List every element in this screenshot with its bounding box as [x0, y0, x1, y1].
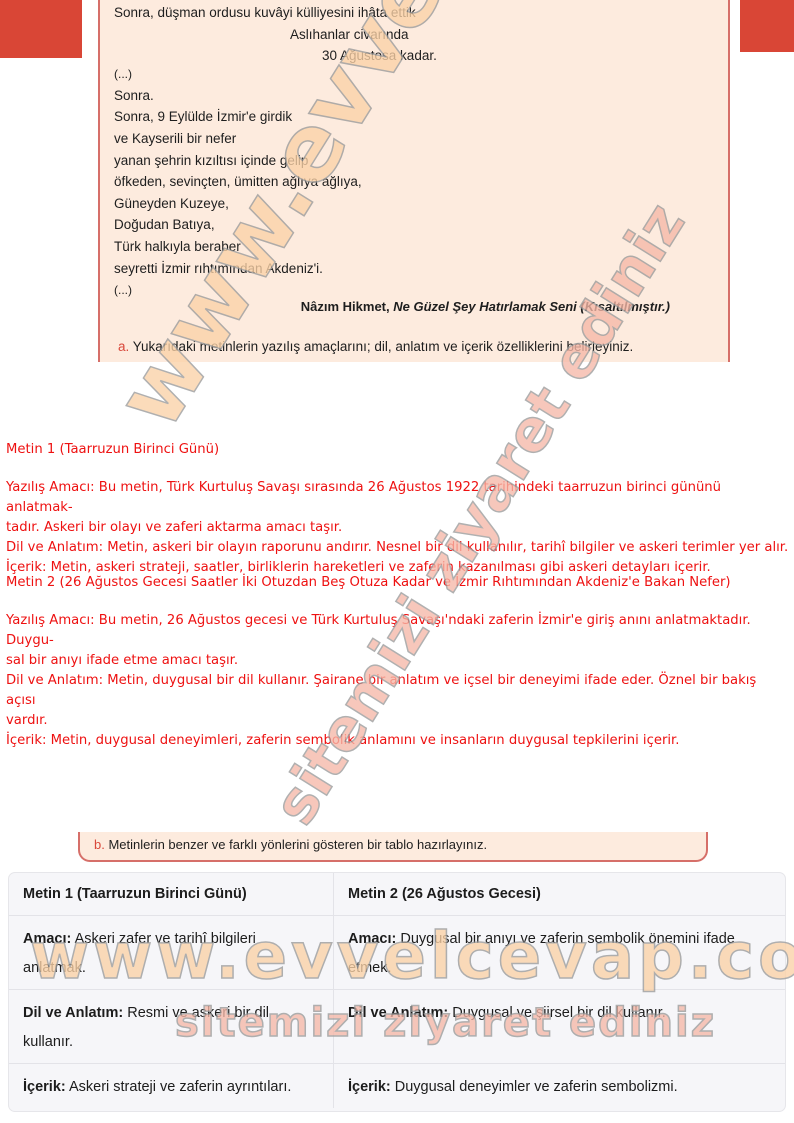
answer-metin1: Metin 1 (Taarruzun Birinci Günü) Yazılış…	[6, 440, 790, 578]
answer-heading: Metin 1 (Taarruzun Birinci Günü)	[6, 440, 790, 460]
cell-label: İçerik:	[23, 1079, 66, 1095]
cell-label: İçerik:	[348, 1079, 391, 1095]
column-header: Metin 1 (Taarruzun Birinci Günü)	[9, 873, 334, 916]
task-text: Yukarıdaki metinlerin yazılış amaçlarını…	[133, 339, 633, 354]
column-header: Metin 2 (26 Ağustos Gecesi)	[334, 873, 786, 916]
table-cell: Dil ve Anlatım: Duygusal ve şiirsel bir …	[334, 990, 786, 1064]
poem-line: seyretti İzmir rıhtımından Akdeniz'i.	[114, 261, 323, 276]
table-cell: İçerik: Askeri strateji ve zaferin ayrın…	[9, 1064, 334, 1109]
answer-line: sal bir anıyı ifade etme amacı taşır.	[6, 651, 790, 671]
table-cell: Amacı: Askeri zafer ve tarihî bilgileri …	[9, 916, 334, 990]
poem-line: Sonra.	[114, 88, 154, 103]
task-b: b. Metinlerin benzer ve farklı yönlerini…	[94, 837, 487, 852]
comparison-table: Metin 1 (Taarruzun Birinci Günü) Metin 2…	[8, 872, 786, 1112]
poem-line: Sonra, 9 Eylülde İzmir'e girdik	[114, 109, 292, 124]
poem-line: 30 Ağustosa kadar.	[322, 48, 437, 63]
cell-label: Dil ve Anlatım:	[23, 1005, 123, 1021]
abridged-note: (Kısaltılmıştır.)	[580, 299, 670, 314]
answer-lines: Yazılış Amacı: Bu metin, 26 Ağustos gece…	[6, 611, 790, 751]
cell-text: Askeri strateji ve zaferin ayrıntıları.	[69, 1079, 291, 1095]
poem-line: yanan şehrin kızıltısı içinde gelip	[114, 153, 308, 168]
table-row: Amacı: Askeri zafer ve tarihî bilgileri …	[9, 916, 785, 990]
task-b-box: b. Metinlerin benzer ve farklı yönlerini…	[78, 832, 708, 862]
poem-line: Türk halkıyla beraber	[114, 239, 241, 254]
answer-line: Dil ve Anlatım: Metin, askeri bir olayın…	[6, 538, 790, 558]
poem-line: Sonra, düşman ordusu kuvâyi külliyesini …	[114, 5, 416, 20]
table-cell: Dil ve Anlatım: Resmi ve askeri bir dil …	[9, 990, 334, 1064]
task-a: a. Yukarıdaki metinlerin yazılış amaçlar…	[118, 339, 633, 354]
table-row: Dil ve Anlatım: Resmi ve askeri bir dil …	[9, 990, 785, 1064]
task-letter: b.	[94, 837, 105, 852]
poem-line: (...)	[114, 67, 132, 81]
cell-text: Duygusal ve şiirsel bir dil kullanır.	[452, 1005, 666, 1021]
decorative-red-block	[0, 0, 82, 58]
cell-label: Dil ve Anlatım:	[348, 1005, 448, 1021]
answer-line: vardır.	[6, 711, 790, 731]
answer-line: Yazılış Amacı: Bu metin, Türk Kurtuluş S…	[6, 478, 790, 518]
cell-text: Duygusal deneyimler ve zaferin sembolizm…	[395, 1079, 678, 1095]
poem-attribution: Nâzım Hikmet, Ne Güzel Şey Hatırlamak Se…	[301, 299, 670, 314]
answer-line: Yazılış Amacı: Bu metin, 26 Ağustos gece…	[6, 611, 790, 651]
answer-heading: Metin 2 (26 Ağustos Gecesi Saatler İki O…	[6, 573, 790, 593]
poem-line: Doğudan Batıya,	[114, 217, 215, 232]
table-header-row: Metin 1 (Taarruzun Birinci Günü) Metin 2…	[9, 873, 785, 916]
decorative-red-block	[740, 0, 794, 52]
table-row: İçerik: Askeri strateji ve zaferin ayrın…	[9, 1064, 785, 1109]
poem-line: ve Kayserili bir nefer	[114, 131, 236, 146]
task-letter: a.	[118, 339, 129, 354]
poem-line: (...)	[114, 283, 132, 297]
answer-line: İçerik: Metin, duygusal deneyimleri, zaf…	[6, 731, 790, 751]
table-cell: Amacı: Duygusal bir anıyı ve zaferin sem…	[334, 916, 786, 990]
cell-label: Amacı:	[348, 931, 396, 947]
poem-line: Aslıhanlar civarında	[290, 27, 409, 42]
answer-line: tadır. Askeri bir olayı ve zaferi aktarm…	[6, 518, 790, 538]
poem-excerpt-box: Sonra, düşman ordusu kuvâyi külliyesini …	[98, 0, 730, 362]
work-title: Ne Güzel Şey Hatırlamak Seni	[393, 299, 577, 314]
answer-metin2: Metin 2 (26 Ağustos Gecesi Saatler İki O…	[6, 573, 790, 751]
answer-lines: Yazılış Amacı: Bu metin, Türk Kurtuluş S…	[6, 478, 790, 578]
table-cell: İçerik: Duygusal deneyimler ve zaferin s…	[334, 1064, 786, 1109]
cell-label: Amacı:	[23, 931, 71, 947]
author-name: Nâzım Hikmet,	[301, 299, 390, 314]
cell-text: Duygusal bir anıyı ve zaferin sembolik ö…	[348, 931, 735, 976]
poem-line: öfkeden, sevinçten, ümitten ağlıya ağlıy…	[114, 174, 362, 189]
task-text: Metinlerin benzer ve farklı yönlerini gö…	[108, 837, 487, 852]
poem-line: Güneyden Kuzeye,	[114, 196, 229, 211]
answer-line: Dil ve Anlatım: Metin, duygusal bir dil …	[6, 671, 790, 711]
